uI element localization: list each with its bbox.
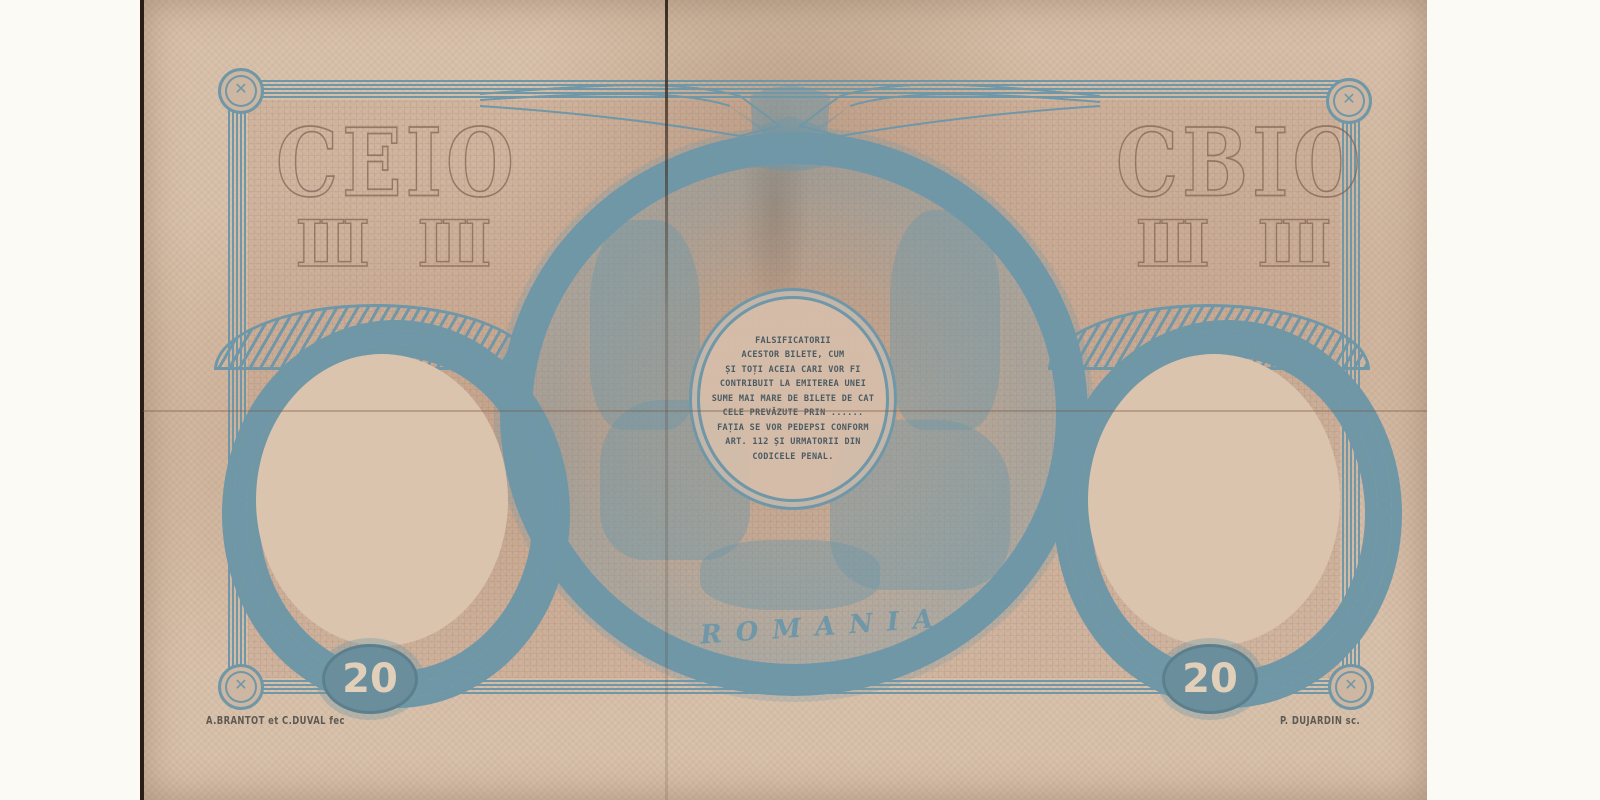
penal-text-line: ART. 112 ȘI URMATORII DIN <box>725 435 860 450</box>
penal-text-line: SUME MAI MARE DE BILETE DE CAT <box>712 392 875 407</box>
penal-text-line: FAȚIA SE VOR PEDEPSI CONFORM <box>717 421 869 436</box>
watermark-sub-right: Ш Ш <box>1136 207 1345 282</box>
corner-rosette-icon <box>218 664 264 710</box>
eagle-icon <box>480 66 1100 176</box>
corner-rosette-icon <box>1328 664 1374 710</box>
penal-text-line: ACESTOR BILETE, CUM <box>742 348 845 363</box>
fold-crease-horizontal <box>143 410 1427 412</box>
denomination-badge-right: 20 <box>1162 644 1258 714</box>
denomination-value-left: 20 <box>342 656 398 702</box>
frame-border-left <box>228 98 246 678</box>
seated-man-figure <box>590 220 700 430</box>
watermark-sub-left: Ш Ш <box>296 207 505 282</box>
photo-edge-shadow <box>140 0 144 800</box>
standing-man-figure <box>890 210 1000 430</box>
denomination-value-right: 20 <box>1182 656 1238 702</box>
arch-blank-left <box>256 354 508 646</box>
engraver-signature-left: A.BRANTOT et C.DUVAL fec <box>206 714 345 727</box>
harvest-basket <box>700 540 880 610</box>
penal-text-line: CODICELE PENAL. <box>752 450 833 465</box>
engraver-signature-right: P. DUJARDIN sc. <box>1280 714 1360 727</box>
penal-text-line: CELE PREVĂZUTE PRIN ...... <box>723 406 864 421</box>
corner-rosette-icon <box>218 68 264 114</box>
denomination-badge-left: 20 <box>322 644 418 714</box>
fold-crease-vertical <box>665 0 668 800</box>
penal-text-line: FALSIFICATORII <box>755 334 831 349</box>
arch-blank-right <box>1088 354 1340 646</box>
penal-text-line: CONTRIBUIT LA EMITEREA UNEI <box>720 377 866 392</box>
watermark-word-right: CBIO <box>1116 109 1364 218</box>
penal-text-line: ȘI TOȚI ACEIA CARI VOR FI <box>725 363 860 378</box>
penal-warning-medallion: FALSIFICATORII ACESTOR BILETE, CUM ȘI TO… <box>697 296 889 502</box>
